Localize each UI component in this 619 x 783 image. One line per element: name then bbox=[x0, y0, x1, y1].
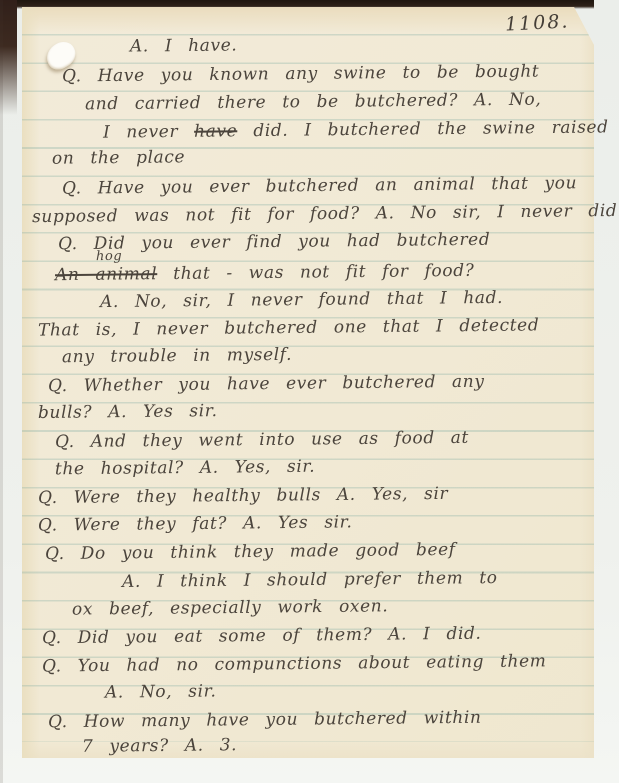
manuscript-line: Q. Have you ever butchered an animal tha… bbox=[62, 173, 577, 198]
handwritten-text: That is, I never butchered one that I de… bbox=[38, 315, 539, 340]
manuscript-line: I never have did. I butchered the swine … bbox=[103, 117, 609, 142]
manuscript-line: That is, I never butchered one that I de… bbox=[38, 315, 539, 340]
handwritten-text: Q. Have you known any swine to be bought bbox=[62, 62, 539, 87]
handwritten-text: A. I have. bbox=[130, 35, 238, 56]
handwritten-text: Q. Whether you have ever butchered any bbox=[48, 372, 485, 397]
handwritten-text: and carried there to be butchered? A. No… bbox=[85, 90, 541, 115]
manuscript-line: ox beef, especially work oxen. bbox=[72, 596, 388, 619]
handwritten-text: hog bbox=[96, 249, 122, 264]
manuscript-line: A. No, sir, I never found that I had. bbox=[100, 288, 503, 312]
manuscript-line: and carried there to be butchered? A. No… bbox=[85, 90, 541, 115]
handwritten-text: bulls? A. Yes sir. bbox=[38, 401, 218, 423]
manuscript-line: supposed was not fit for food? A. No sir… bbox=[32, 201, 619, 227]
manuscript-line: Q. Were they fat? A. Yes sir. bbox=[38, 512, 353, 535]
struck-out-text: An animal bbox=[55, 264, 157, 285]
manuscript-line: Q. Have you known any swine to be bought bbox=[62, 62, 539, 87]
manuscript-line: Q. Do you think they made good beef bbox=[45, 540, 456, 564]
handwritten-text: did. I butchered the swine raised bbox=[237, 117, 609, 141]
handwritten-text: the hospital? A. Yes, sir. bbox=[55, 457, 315, 480]
handwritten-text: Q. And they went into use as food at bbox=[55, 428, 469, 452]
manuscript-line: Q. You had no compunctions about eating … bbox=[42, 651, 547, 676]
handwritten-text: 7 years? A. 3. bbox=[82, 735, 237, 757]
manuscript-line: Q. How many have you butchered within bbox=[48, 708, 482, 733]
manuscript-line: bulls? A. Yes sir. bbox=[38, 401, 218, 423]
manuscript-line: Q. Did you ever find you had butchered bbox=[58, 230, 490, 255]
handwritten-text: that - was not fit for food? bbox=[157, 261, 474, 284]
handwritten-text: on the place bbox=[52, 147, 185, 168]
handwritten-text: supposed was not fit for food? A. No sir… bbox=[32, 201, 619, 227]
manuscript-line: Q. Whether you have ever butchered any bbox=[48, 372, 485, 397]
manuscript-layer: A. I have.Q. Have you known any swine to… bbox=[0, 0, 619, 783]
handwritten-text: Q. Did you ever find you had butchered bbox=[58, 230, 490, 255]
manuscript-line: hog bbox=[96, 249, 122, 264]
handwritten-text: Q. Were they fat? A. Yes sir. bbox=[38, 512, 353, 535]
handwritten-text: A. No, sir. bbox=[105, 681, 217, 702]
manuscript-line: 7 years? A. 3. bbox=[82, 735, 237, 757]
handwritten-text: Q. How many have you butchered within bbox=[48, 708, 482, 733]
manuscript-line: A. I have. bbox=[130, 35, 238, 56]
handwritten-text: Q. Did you eat some of them? A. I did. bbox=[42, 624, 482, 649]
manuscript-line: on the place bbox=[52, 147, 185, 168]
manuscript-line: any trouble in myself. bbox=[62, 345, 292, 367]
handwritten-text: A. No, sir, I never found that I had. bbox=[100, 288, 503, 312]
manuscript-line: Q. Did you eat some of them? A. I did. bbox=[42, 624, 482, 649]
manuscript-line: Q. Were they healthy bulls A. Yes, sir bbox=[38, 484, 448, 508]
manuscript-line: A. No, sir. bbox=[105, 681, 217, 702]
handwritten-text: Q. Do you think they made good beef bbox=[45, 540, 456, 564]
manuscript-line: An animal that - was not fit for food? bbox=[55, 261, 475, 285]
handwritten-text: any trouble in myself. bbox=[62, 345, 292, 367]
handwritten-text: I never bbox=[103, 122, 194, 143]
handwritten-text: Q. Were they healthy bulls A. Yes, sir bbox=[38, 484, 448, 508]
manuscript-line: the hospital? A. Yes, sir. bbox=[55, 457, 315, 480]
manuscript-line: Q. And they went into use as food at bbox=[55, 428, 469, 452]
handwritten-text: A. I think I should prefer them to bbox=[122, 568, 498, 592]
handwritten-text: ox beef, especially work oxen. bbox=[72, 596, 388, 619]
struck-out-text: have bbox=[194, 121, 237, 141]
handwritten-text: Q. Have you ever butchered an animal tha… bbox=[62, 173, 577, 198]
handwritten-text: Q. You had no compunctions about eating … bbox=[42, 651, 547, 676]
scanned-document: 1108. A. I have.Q. Have you known any sw… bbox=[0, 0, 619, 783]
manuscript-line: A. I think I should prefer them to bbox=[122, 568, 498, 592]
